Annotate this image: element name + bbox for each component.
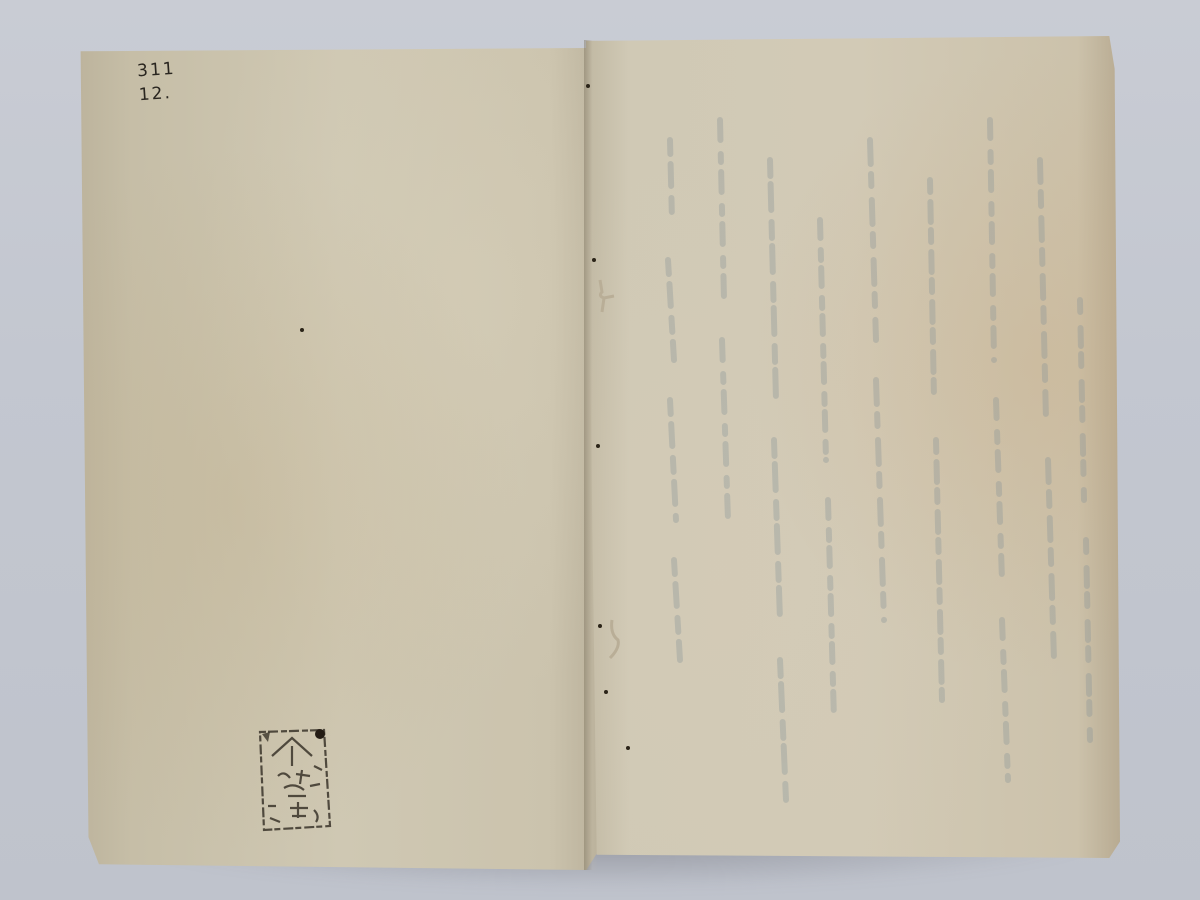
show-through-text [640, 100, 1110, 840]
handwritten-number: 311 [136, 57, 176, 84]
handwritten-notes: 311 12. [136, 57, 178, 108]
handwritten-number: 12. [138, 81, 178, 108]
seal-stamp-icon [254, 726, 334, 834]
photo-scene: 311 12. [0, 0, 1200, 900]
book-gutter [584, 40, 598, 870]
left-page [78, 48, 602, 870]
